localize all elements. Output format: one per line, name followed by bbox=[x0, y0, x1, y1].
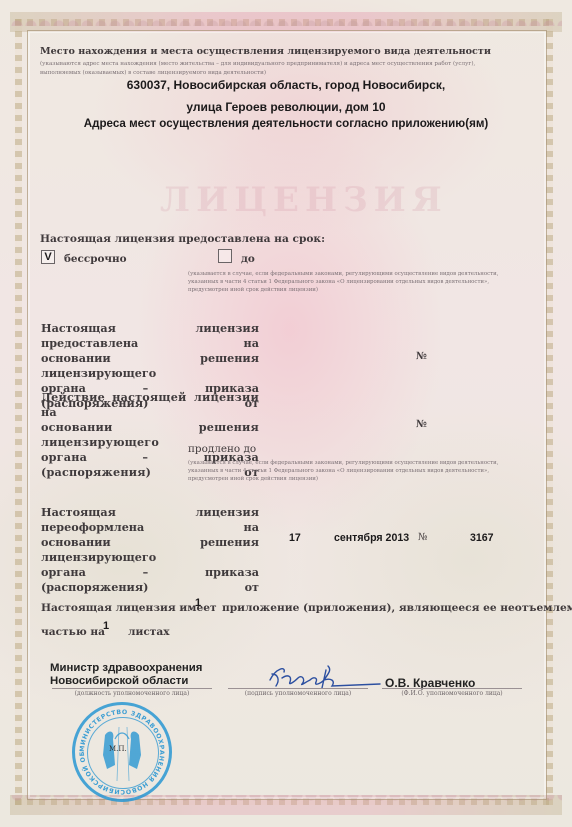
unlimited-label: бессрочно bbox=[64, 253, 127, 265]
signer-position: Министр здравоохранения Новосибирской об… bbox=[50, 662, 202, 688]
appendix-count: 1 bbox=[195, 597, 201, 609]
signer-position-line-2: Новосибирской области bbox=[50, 675, 202, 688]
extension-hint-2: указанных в части 4 статьи 1 Федеральног… bbox=[188, 467, 489, 475]
sheets-text-after: листах bbox=[128, 626, 170, 638]
appendix-text-before: Настоящая лицензия имеет bbox=[41, 602, 217, 614]
extension-line-1: Действие настоящей лицензии на bbox=[41, 390, 259, 420]
reissue-day: 17 bbox=[289, 532, 301, 544]
address-line-3: Адреса мест осуществления деятельности с… bbox=[0, 117, 572, 130]
until-checkbox[interactable] bbox=[218, 249, 232, 263]
watermark: ЛИЦЕНЗИЯ bbox=[160, 180, 448, 220]
top-ornament-band bbox=[10, 12, 562, 32]
reissue-block: Настоящая лицензия переоформлена на осно… bbox=[41, 505, 259, 595]
reissue-number: 3167 bbox=[470, 532, 494, 544]
address-line-1: 630037, Новосибирская область, город Нов… bbox=[0, 78, 572, 92]
granted-number-label: № bbox=[416, 351, 427, 362]
position-caption: (должность уполномоченного лица) bbox=[52, 688, 212, 697]
extension-number-label: № bbox=[416, 419, 427, 430]
reissue-line-3: органа – приказа (распоряжения) от bbox=[41, 565, 259, 595]
term-hint-2: указанных в части 4 статьи 1 Федеральног… bbox=[188, 278, 489, 286]
location-hint-1: (указываются адрес места нахождения (мес… bbox=[40, 60, 475, 68]
appendix-text-after: приложение (приложения), являющееся ее н… bbox=[222, 602, 572, 614]
location-hint-2: выполняемых (оказываемых) в составе лице… bbox=[40, 69, 266, 77]
granted-line-2: основании решения лицензирующего bbox=[41, 351, 259, 381]
reissue-line-1: Настоящая лицензия переоформлена на bbox=[41, 505, 259, 535]
reissue-line-2: основании решения лицензирующего bbox=[41, 535, 259, 565]
granted-line-1: Настоящая лицензия предоставлена на bbox=[41, 321, 259, 351]
unlimited-checkbox[interactable]: V bbox=[41, 250, 55, 264]
until-label: до bbox=[241, 253, 255, 265]
reissue-number-label: № bbox=[418, 532, 427, 543]
extension-hint-1: (указывается в случае, если федеральными… bbox=[188, 459, 498, 467]
location-heading: Место нахождения и места осуществления л… bbox=[40, 46, 491, 57]
sheets-text-before: частью на bbox=[41, 626, 105, 638]
term-heading: Настоящая лицензия предоставлена на срок… bbox=[40, 233, 325, 245]
stamp-place-label: М.П. bbox=[109, 745, 127, 753]
extended-until-label: продлено до bbox=[188, 443, 256, 455]
official-stamp: МИНИСТЕРСТВО ЗДРАВООХРАНЕНИЯ НОВОСИБИРСК… bbox=[72, 702, 172, 802]
name-caption: (Ф.И.О. уполномоченного лица) bbox=[382, 688, 522, 697]
signer-position-line-1: Министр здравоохранения bbox=[50, 662, 202, 675]
extension-hint-3: предусмотрен иной срок действия лицензии… bbox=[188, 475, 318, 483]
reissue-month-year: сентября 2013 bbox=[334, 532, 409, 544]
sheet-count: 1 bbox=[103, 620, 109, 632]
term-hint-1: (указывается в случае, если федеральными… bbox=[188, 270, 498, 278]
address-line-2: улица Героев революции, дом 10 bbox=[0, 100, 572, 114]
signature-caption: (подпись уполномоченного лица) bbox=[228, 688, 368, 697]
term-hint-3: предусмотрен иной срок действия лицензии… bbox=[188, 286, 318, 294]
